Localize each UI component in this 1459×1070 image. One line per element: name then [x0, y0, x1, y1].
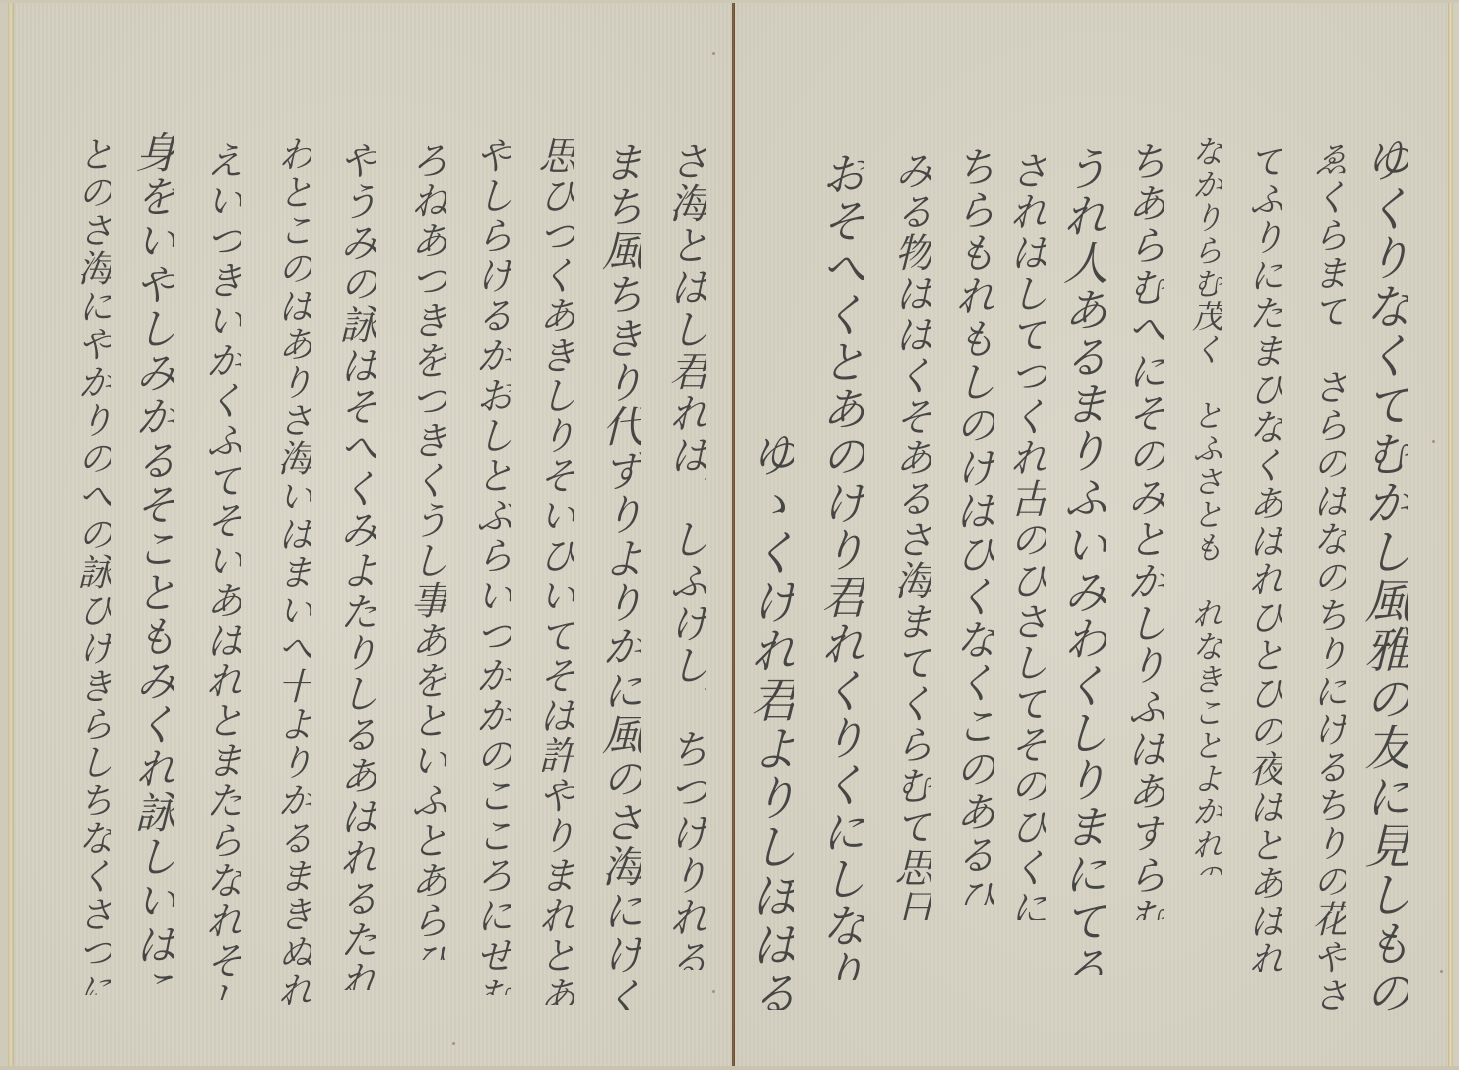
text-column: わとこのはありさ海いはまいへ十よりかるまきぬれ: [261, 135, 311, 1005]
text-column: ろねあつきをつきくうし事あをといふとあらひ: [396, 140, 446, 960]
text-column: ゆゝくけれ君よりしほはる: [744, 430, 794, 1010]
text-column: ちらもれもしのけはひくなくこのあるひ: [944, 145, 994, 905]
text-column: みる物ははくそあるさ海まてくらむて思日: [881, 150, 931, 920]
text-column: うれ人あるまりふいみわくしりまにてる: [1056, 145, 1106, 975]
text-column: 思ひつくあきしりそいひいてそは許やりまれとあ: [524, 135, 574, 1005]
paper-speck: [1432, 440, 1435, 443]
text-column: やうみの詠はそへくみよたりしるあはれるたれ: [326, 140, 376, 990]
paper-speck: [712, 990, 715, 993]
paper-speck: [712, 52, 715, 55]
text-column: 身をいやしみかるそこともみくれ詠しいはこ: [124, 130, 174, 990]
text-column: てふりにたまひなくあはれひとひの夜はとあはれ: [1232, 142, 1282, 972]
book-spread: ゆくりなくてむかし風雅の友に見しものゑくらまて さらのはなのちりにけるちりの花や…: [0, 0, 1459, 1070]
text-column: ゑくらまて さらのはなのちりにけるちりの花やさ: [1296, 140, 1346, 1010]
text-column: さ海とはし君れは、しふけし、ちつけりれる: [656, 140, 706, 970]
text-column: おそへくとあのけり君れくりくにしなり: [814, 150, 864, 980]
paper-speck: [452, 1042, 455, 1045]
bottom-edge: [0, 1066, 1459, 1070]
text-column: なかりらむ茂く とふさとも れなきことよかれの: [1172, 135, 1222, 875]
left-outer-margin: [0, 0, 8, 1070]
text-column: えいつきいかくふてそいあはれとまたらなれそし: [191, 140, 241, 1000]
paper-speck: [1440, 970, 1443, 973]
text-column: ゆくりなくてむかし風雅の友に見しもの: [1358, 135, 1408, 1015]
right-page-edge: [1448, 0, 1453, 1070]
text-column: やしらけるかおしとぶらいつかかのこころにせむ: [461, 135, 511, 995]
text-column: ちあらむへにそのみとかしりふはあすらむ: [1114, 140, 1164, 920]
text-column: まち風ちきり代ずりよりかに風のさ海にけく: [591, 140, 641, 1010]
right-outer-margin: [1453, 0, 1459, 1070]
left-page-edge: [8, 0, 14, 1070]
text-column: とのさ海にやかりのへの詠ひけきらしちなくさつに: [61, 135, 111, 995]
top-edge: [0, 0, 1459, 3]
text-column: されはしてつくれ古のひさしてそのひくに: [996, 150, 1046, 920]
center-gutter: [732, 0, 735, 1070]
